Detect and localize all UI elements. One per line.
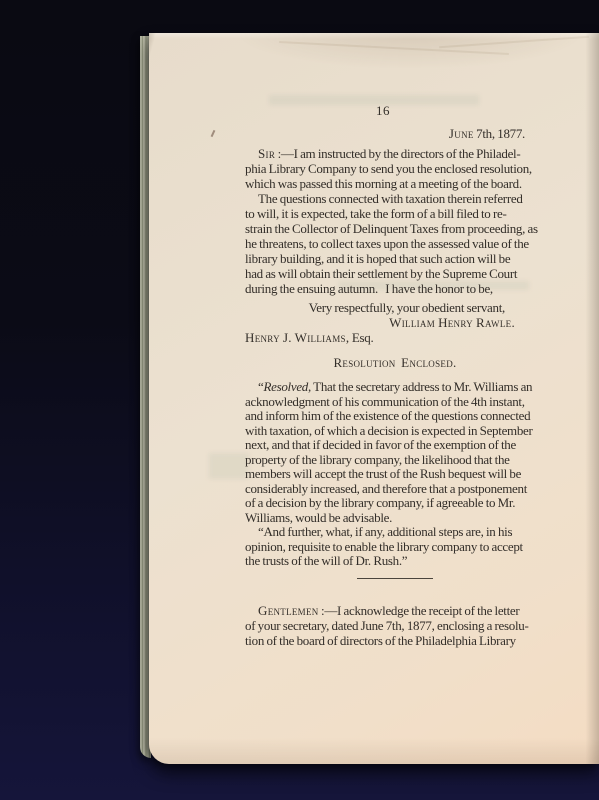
text-line: strain the Collector of Delinquent Taxes… <box>245 221 545 236</box>
reply-salutation-line: Gentlemen :—I acknowledge the receipt of… <box>245 603 545 618</box>
signature: William Henry Rawle. <box>245 315 545 330</box>
text-line: and inform him of the existence of the q… <box>245 409 545 424</box>
text-line: phia Library Company to send you the enc… <box>245 161 545 176</box>
text-line: had as will obtain their settlement by t… <box>245 266 545 281</box>
page-text-column: 16 June 7th, 1877. Sir :—I am instructed… <box>245 103 545 648</box>
page-speck <box>211 130 216 137</box>
text-line: “And further, what, if any, additional s… <box>245 525 545 540</box>
page-crease <box>279 41 509 55</box>
letter-paragraph-1-lines: phia Library Company to send you the enc… <box>245 161 545 191</box>
letter-salutation-line: Sir :—I am instructed by the directors o… <box>245 146 545 161</box>
resolution-heading: Resolution Enclosed. <box>245 355 545 370</box>
text-line: during the ensuing autumn. I have the ho… <box>245 281 545 296</box>
text-line: property of the library company, the lik… <box>245 453 545 468</box>
salutation: Sir <box>258 146 275 161</box>
dateline-month: June <box>449 126 474 141</box>
resolution-first-line: “Resolved, That the secretary address to… <box>245 380 545 395</box>
text-line: opinion, requisite to enable the library… <box>245 540 545 555</box>
reply-salutation: Gentlemen <box>258 603 319 618</box>
ink-bleed-through <box>209 453 249 479</box>
text-line: to will, it is expected, take the form o… <box>245 206 545 221</box>
text-line: Williams, would be advisable. <box>245 511 545 526</box>
text-line: tion of the board of directors of the Ph… <box>245 633 545 648</box>
section-divider <box>357 578 433 579</box>
book-page: 16 June 7th, 1877. Sir :—I am instructed… <box>149 33 599 764</box>
text-line: next, and that if decided in favor of th… <box>245 438 545 453</box>
text-line: considerably increased, and therefore th… <box>245 482 545 497</box>
addressee-name: Henry J. Williams, <box>245 330 349 345</box>
reply-paragraph-lines: of your secretary, dated June 7th, 1877,… <box>245 618 545 648</box>
salutation-line-rest: :—I am instructed by the directors of th… <box>275 146 520 161</box>
text-line: of a decision by the library company, if… <box>245 496 545 511</box>
text-line: members will accept the trust of the Rus… <box>245 467 545 482</box>
text-line: the trusts of the will of Dr. Rush.” <box>245 554 545 569</box>
letter-paragraph-2: The questions connected with taxation th… <box>245 191 545 296</box>
resolution-first-line-rest: , That the secretary address to Mr. Will… <box>308 379 532 394</box>
resolved-word: Resolved <box>263 379 308 394</box>
dateline-rest: 7th, 1877. <box>474 126 525 141</box>
valediction: Very respectfully, your obedient servant… <box>245 300 545 315</box>
text-line: The questions connected with taxation th… <box>245 191 545 206</box>
resolution-paragraph-1-lines: acknowledgment of his communication of t… <box>245 395 545 526</box>
text-line: with taxation, of which a decision is ex… <box>245 424 545 439</box>
text-line: library building, and it is hoped that s… <box>245 251 545 266</box>
text-line: of your secretary, dated June 7th, 1877,… <box>245 618 545 633</box>
resolution-paragraph-1: “Resolved, That the secretary address to… <box>245 380 545 525</box>
dateline: June 7th, 1877. <box>245 126 545 141</box>
text-line: which was passed this morning at a meeti… <box>245 176 545 191</box>
reply-paragraph: Gentlemen :—I acknowledge the receipt of… <box>245 603 545 648</box>
addressee: Henry J. Williams, Esq. <box>245 330 545 345</box>
text-line: he threatens, to collect taxes upon the … <box>245 236 545 251</box>
letter-paragraph-1: Sir :—I am instructed by the directors o… <box>245 146 545 191</box>
text-line: acknowledgment of his communication of t… <box>245 395 545 410</box>
resolution-paragraph-2: “And further, what, if any, additional s… <box>245 525 545 569</box>
addressee-suffix: Esq. <box>349 330 373 345</box>
page-crease <box>439 36 589 48</box>
page-number: 16 <box>245 103 521 118</box>
reply-salutation-line-rest: :—I acknowledge the receipt of the lette… <box>319 603 520 618</box>
